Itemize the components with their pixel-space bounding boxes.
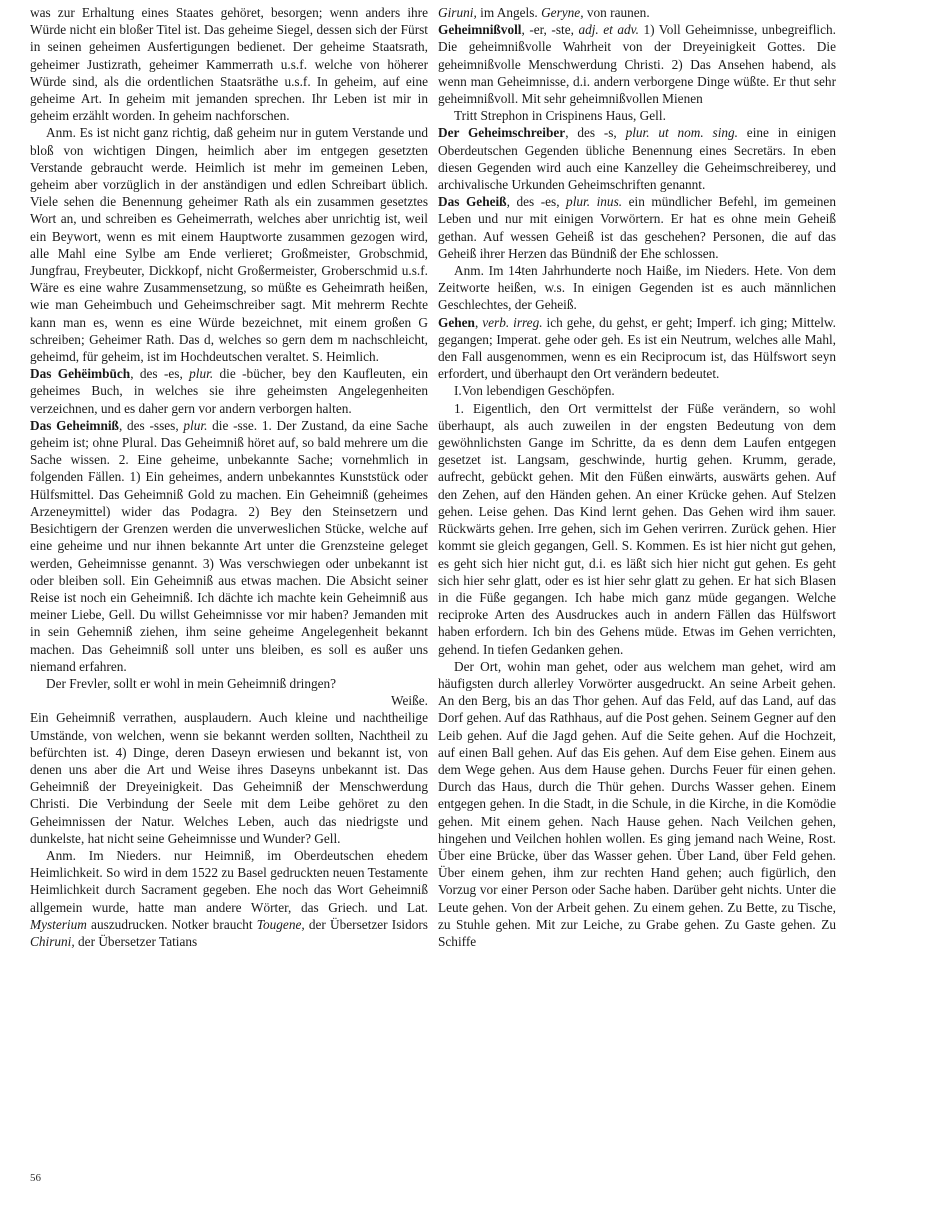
dictionary-entry-geheimschreiber: Der Geheimschreiber, des -s, plur. ut no… <box>438 124 836 193</box>
paragraph: 1. Eigentlich, den Ort vermittelst der F… <box>438 400 836 658</box>
dictionary-entry-geheiss: Das Geheiß, des -es, plur. inus. ein mün… <box>438 193 836 262</box>
dictionary-entry-geheimnissvoll: Geheimnißvoll, -er, -ste, adj. et adv. 1… <box>438 21 836 107</box>
grammar-label: plur. <box>183 418 207 433</box>
left-column: was zur Erhaltung eines Staates gehöret,… <box>30 4 428 950</box>
annotation-paragraph: Anm. Im Nieders. nur Heimniß, im Oberdeu… <box>30 847 428 950</box>
annotation-paragraph: Anm. Es ist nicht ganz richtig, daß gehe… <box>30 124 428 365</box>
headword: Das Gehëimbūch <box>30 366 130 381</box>
dictionary-entry-gehen: Gehen, verb. irreg. ich gehe, du gehst, … <box>438 314 836 383</box>
annotation-paragraph: Anm. Im 14ten Jahrhunderte noch Haiße, i… <box>438 262 836 314</box>
page-number: 56 <box>30 1172 41 1184</box>
paragraph: Ein Geheimniß verrathen, ausplaudern. Au… <box>30 709 428 847</box>
headword: Der Geheimschreiber <box>438 125 565 140</box>
quotation-author: Weiße. <box>30 692 428 709</box>
grammar-label: plur. <box>189 366 213 381</box>
headword: Das Geheiß <box>438 194 507 209</box>
headword: Gehen <box>438 315 475 330</box>
paragraph: was zur Erhaltung eines Staates gehöret,… <box>30 4 428 124</box>
paragraph: Giruni, im Angels. Geryne, von raunen. <box>438 4 836 21</box>
dictionary-entry-geheimniss: Das Geheimniß, des -sses, plur. die -sse… <box>30 417 428 675</box>
quotation: Der Frevler, sollt er wohl in mein Gehei… <box>30 675 428 692</box>
grammar-label: plur. ut nom. sing. <box>626 125 738 140</box>
dictionary-entry-geheimbuch: Das Gehëimbūch, des -es, plur. die -büch… <box>30 365 428 417</box>
grammar-label: verb. irreg. <box>482 315 542 330</box>
headword: Das Geheimniß <box>30 418 119 433</box>
section-heading: I.Von lebendigen Geschöpfen. <box>438 382 836 399</box>
right-column: Giruni, im Angels. Geryne, von raunen. G… <box>438 4 836 950</box>
paragraph: Der Ort, wohin man gehet, oder aus welch… <box>438 658 836 950</box>
headword: Geheimnißvoll <box>438 22 521 37</box>
grammar-label: adj. et adv. <box>578 22 639 37</box>
quotation: Tritt Strephon in Crispinens Haus, Gell. <box>438 107 836 124</box>
grammar-label: plur. inus. <box>566 194 622 209</box>
